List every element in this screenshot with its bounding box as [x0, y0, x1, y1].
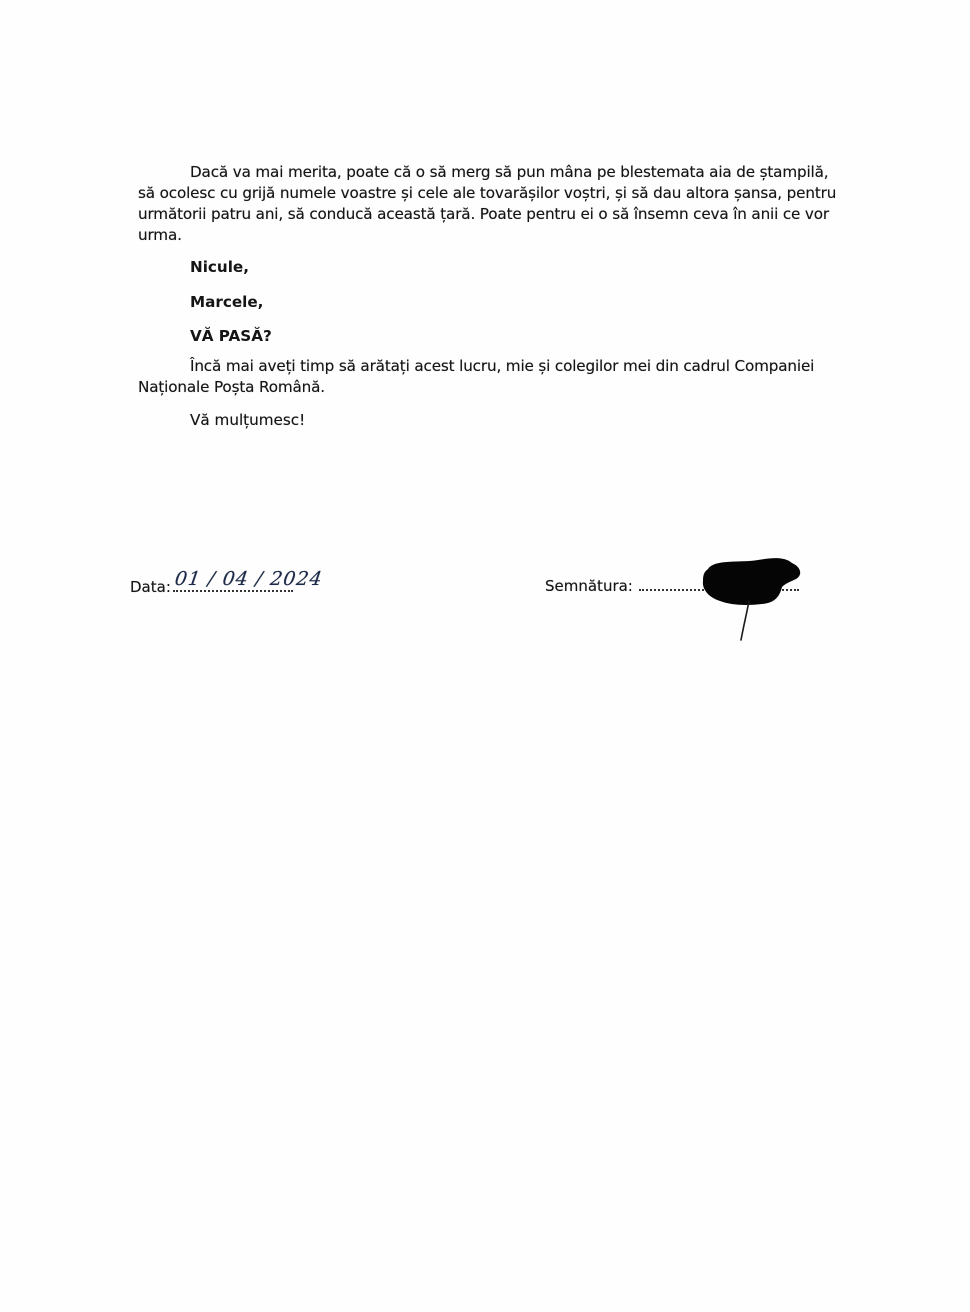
date-handwritten-value: 01 / 04 / 2024 — [173, 568, 324, 590]
paragraph-ballot: Dacă va mai merita, poate că o să merg s… — [138, 162, 838, 246]
signature-label: Semnătura: — [545, 577, 633, 595]
salutation-question: VĂ PASĂ? — [190, 327, 272, 345]
date-label: Data: — [130, 578, 171, 596]
date-dotted-line: 01 / 04 / 2024 — [173, 578, 293, 592]
salutation-marcel: Marcele, — [190, 293, 263, 311]
document-page: Dacă va mai merita, poate că o să merg s… — [0, 0, 970, 1312]
date-field: Data: 01 / 04 / 2024 — [130, 578, 293, 596]
paragraph-appeal: Încă mai aveți timp să arătați acest luc… — [138, 356, 838, 398]
paragraph-text: Încă mai aveți timp să arătați acest luc… — [138, 356, 838, 398]
salutation-nicu: Nicule, — [190, 258, 249, 276]
paragraph-text: Dacă va mai merita, poate că o să merg s… — [138, 162, 838, 246]
closing-thanks: Vă mulțumesc! — [190, 411, 305, 429]
signature-pen-stroke — [738, 600, 752, 642]
